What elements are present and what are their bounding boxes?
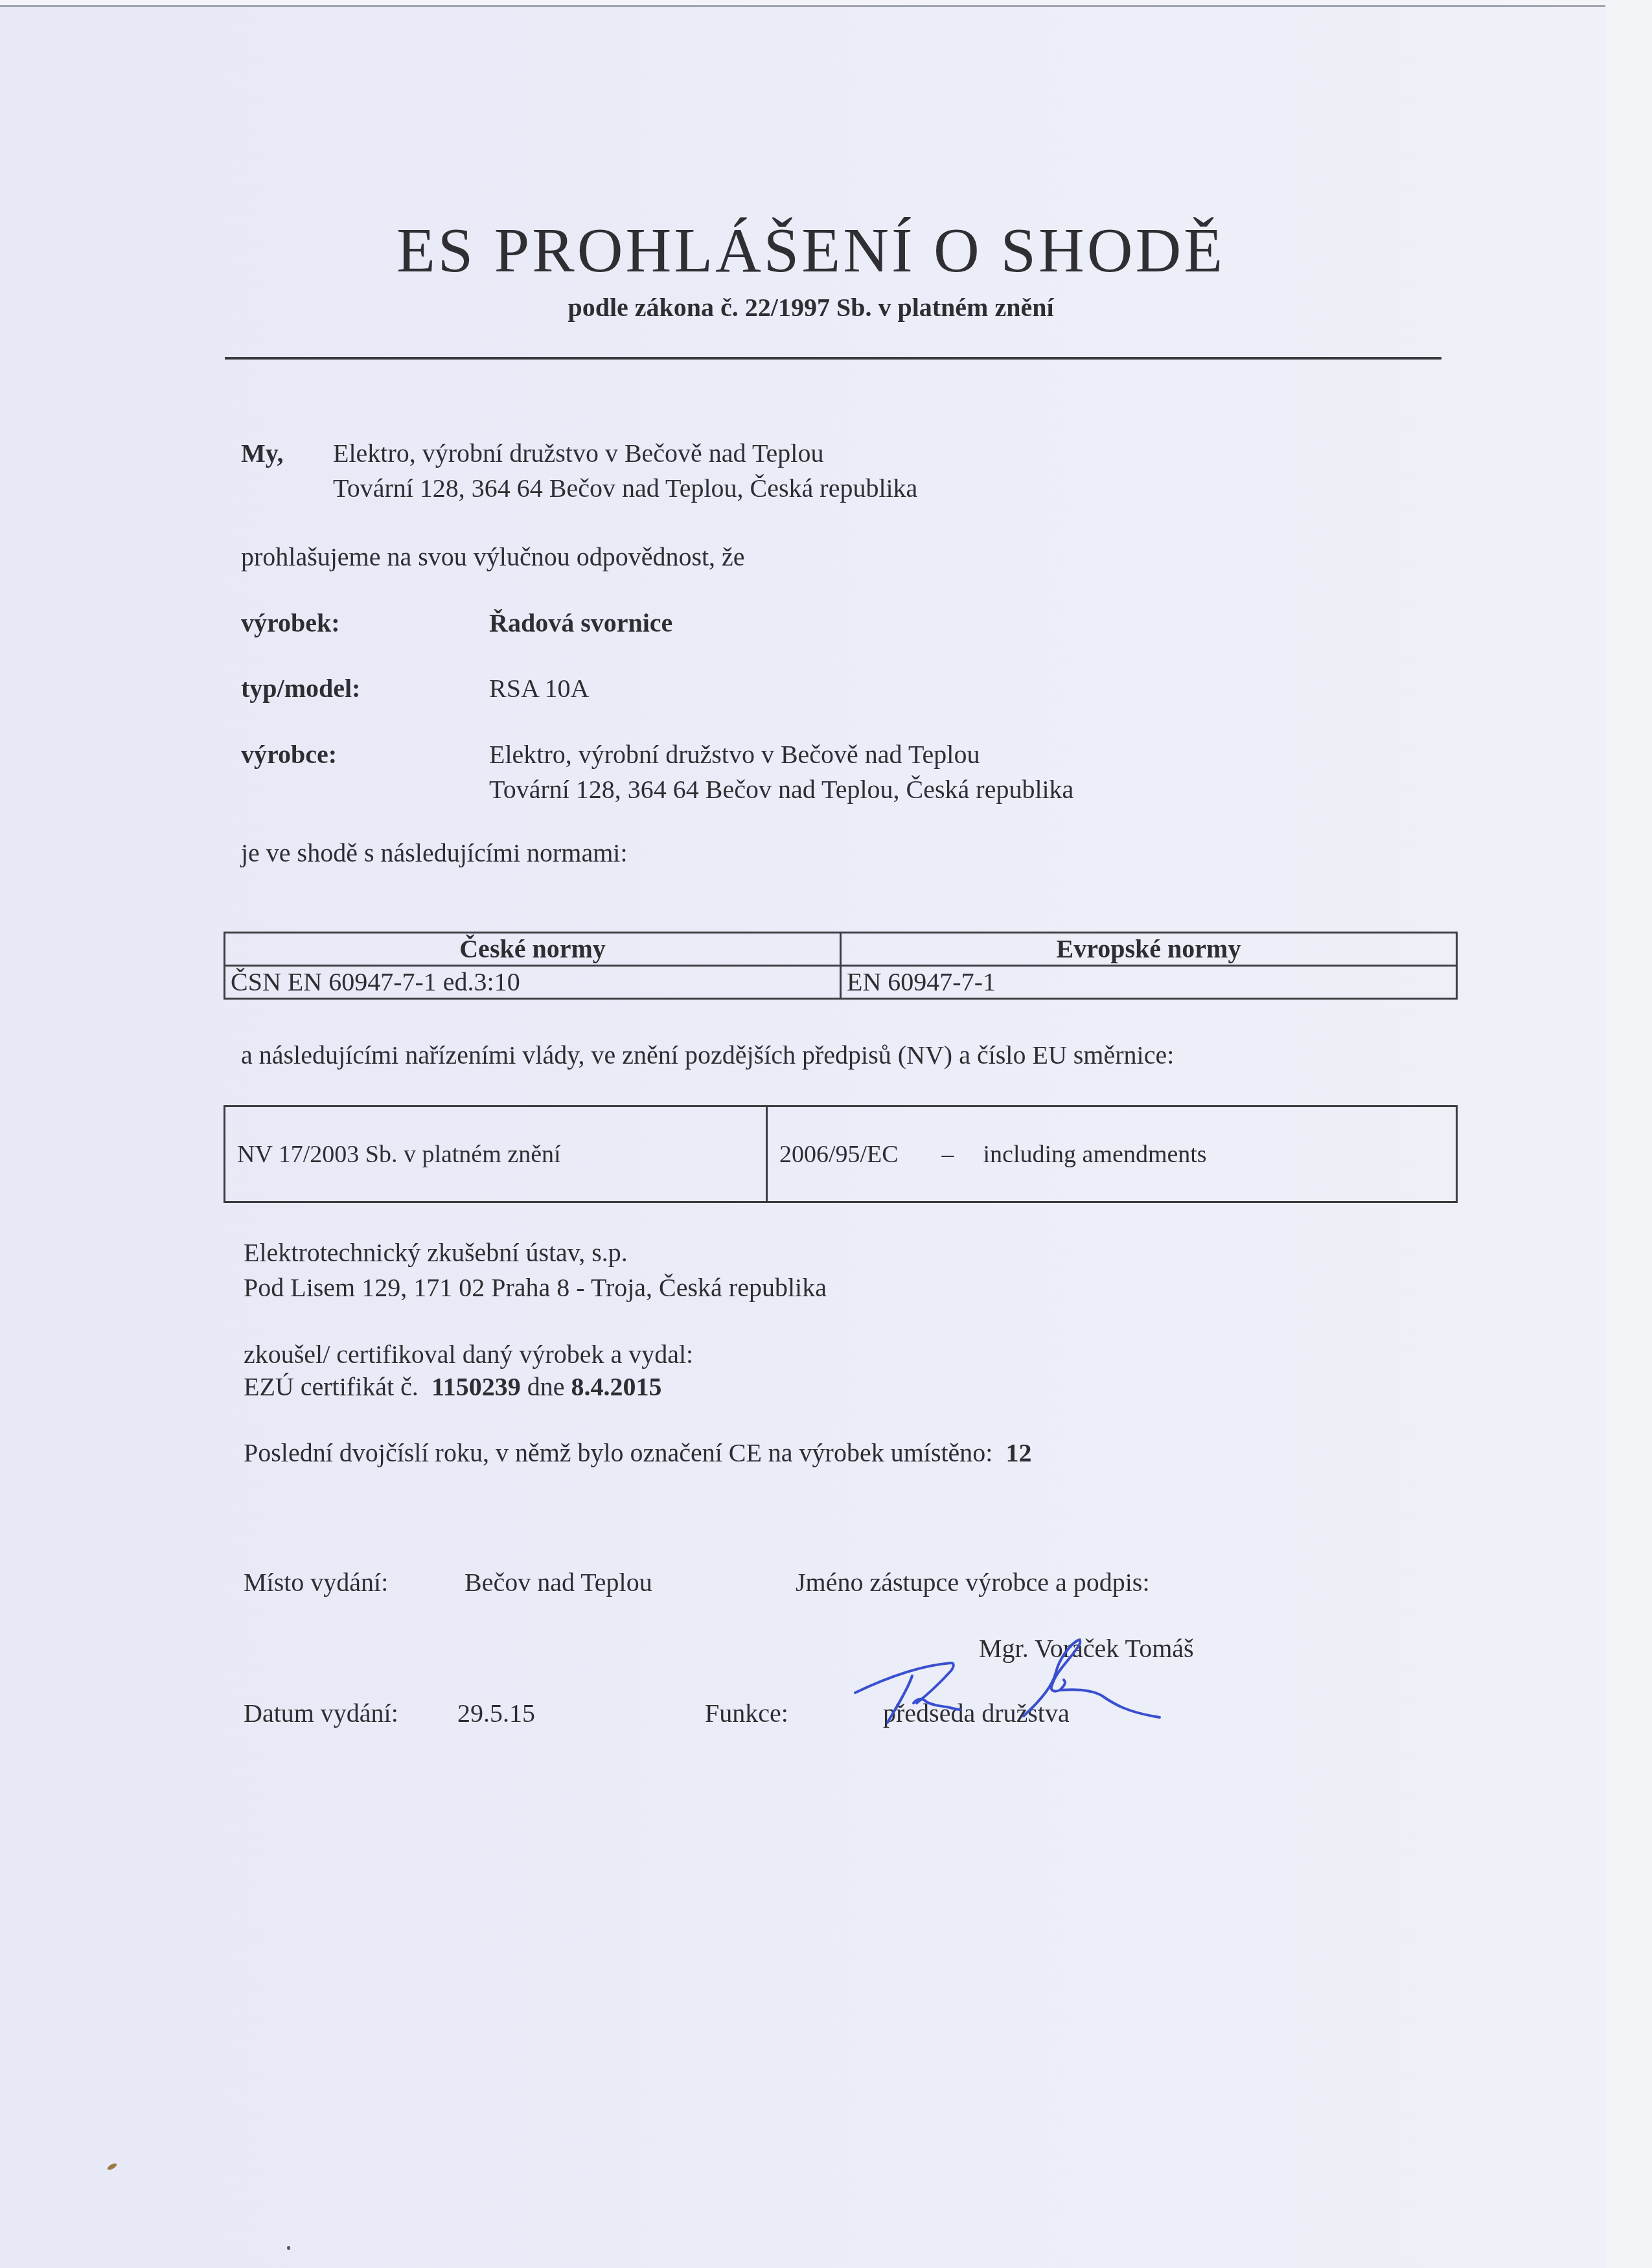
ce-marking-year: 12 (1005, 1438, 1031, 1467)
date-label: Datum vydání: (244, 1697, 398, 1730)
regulation-directive: 2006/95/EC (779, 1141, 899, 1168)
document-subtitle: podle zákona č. 22/1997 Sb. v platném zn… (0, 292, 1605, 323)
product-label: výrobek: (241, 606, 340, 640)
table-row: ČSN EN 60947-7-1 ed.3:10 EN 60947-7-1 (225, 966, 1457, 999)
declarant-label: My, (241, 437, 284, 470)
place-value: Bečov nad Teplou (465, 1566, 652, 1599)
model-label: typ/model: (241, 672, 360, 705)
certificate-number: 1150239 (431, 1372, 521, 1401)
declarant-line-1: Elektro, výrobní družstvo v Bečově nad T… (333, 437, 823, 470)
regulation-directive-cell: 2006/95/EC – including amendments (766, 1106, 1456, 1202)
institute-address: Pod Lisem 129, 171 02 Praha 8 - Troja, Č… (244, 1271, 827, 1305)
regulations-table: NV 17/2003 Sb. v platném znění 2006/95/E… (224, 1105, 1458, 1203)
statement-text: prohlašujeme na svou výlučnou odpovědnos… (241, 540, 745, 574)
certificate-line: EZÚ certifikát č. 1150239 dne 8.4.2015 (244, 1370, 661, 1404)
norms-header-european: Evropské normy (841, 933, 1457, 966)
scan-speck (287, 2246, 290, 2250)
document-title: ES PROHLÁŠENÍ O SHODĚ (0, 214, 1605, 287)
ce-marking-text: Poslední dvojčíslí roku, v němž bylo ozn… (244, 1438, 992, 1467)
representative-label: Jméno zástupce výrobce a podpis: (796, 1566, 1150, 1599)
regulation-nv: NV 17/2003 Sb. v platném znění (225, 1106, 767, 1202)
place-label: Místo vydání: (244, 1566, 388, 1599)
ce-marking-line: Poslední dvojčíslí roku, v němž bylo ozn… (244, 1436, 1031, 1470)
institute-name: Elektrotechnický zkušební ústav, s.p. (244, 1236, 628, 1270)
table-row: NV 17/2003 Sb. v platném znění 2006/95/E… (225, 1106, 1457, 1202)
title-divider (225, 357, 1441, 360)
regulation-amendments: including amendments (983, 1141, 1207, 1168)
product-value: Řadová svornice (489, 606, 672, 640)
certification-text: zkoušel/ certifikoval daný výrobek a vyd… (244, 1338, 693, 1371)
date-value: 29.5.15 (457, 1697, 535, 1730)
signature-icon (836, 1620, 1224, 1750)
certificate-prefix: EZÚ certifikát č. (244, 1372, 419, 1401)
regulation-dash: – (942, 1141, 954, 1168)
model-value: RSA 10A (489, 672, 590, 705)
manufacturer-line-2: Tovární 128, 364 64 Bečov nad Teplou, Če… (489, 773, 1073, 807)
norm-european: EN 60947-7-1 (841, 966, 1457, 999)
scanned-page: ES PROHLÁŠENÍ O SHODĚ podle zákona č. 22… (0, 5, 1605, 2268)
norms-header-czech: České normy (225, 933, 841, 966)
regulations-intro: a následujícími nařízeními vlády, ve zně… (241, 1038, 1174, 1072)
manufacturer-label: výrobce: (241, 738, 337, 772)
norms-table: České normy Evropské normy ČSN EN 60947-… (224, 932, 1458, 1000)
declarant-line-2: Tovární 128, 364 64 Bečov nad Teplou, Če… (333, 472, 917, 505)
manufacturer-line-1: Elektro, výrobní družstvo v Bečově nad T… (489, 738, 980, 772)
scan-speck (106, 2162, 117, 2171)
certificate-date-prefix: dne (527, 1372, 565, 1401)
norms-intro: je ve shodě s následujícími normami: (241, 836, 628, 870)
function-label: Funkce: (705, 1697, 788, 1730)
certificate-date: 8.4.2015 (571, 1372, 661, 1401)
norm-czech: ČSN EN 60947-7-1 ed.3:10 (225, 966, 841, 999)
